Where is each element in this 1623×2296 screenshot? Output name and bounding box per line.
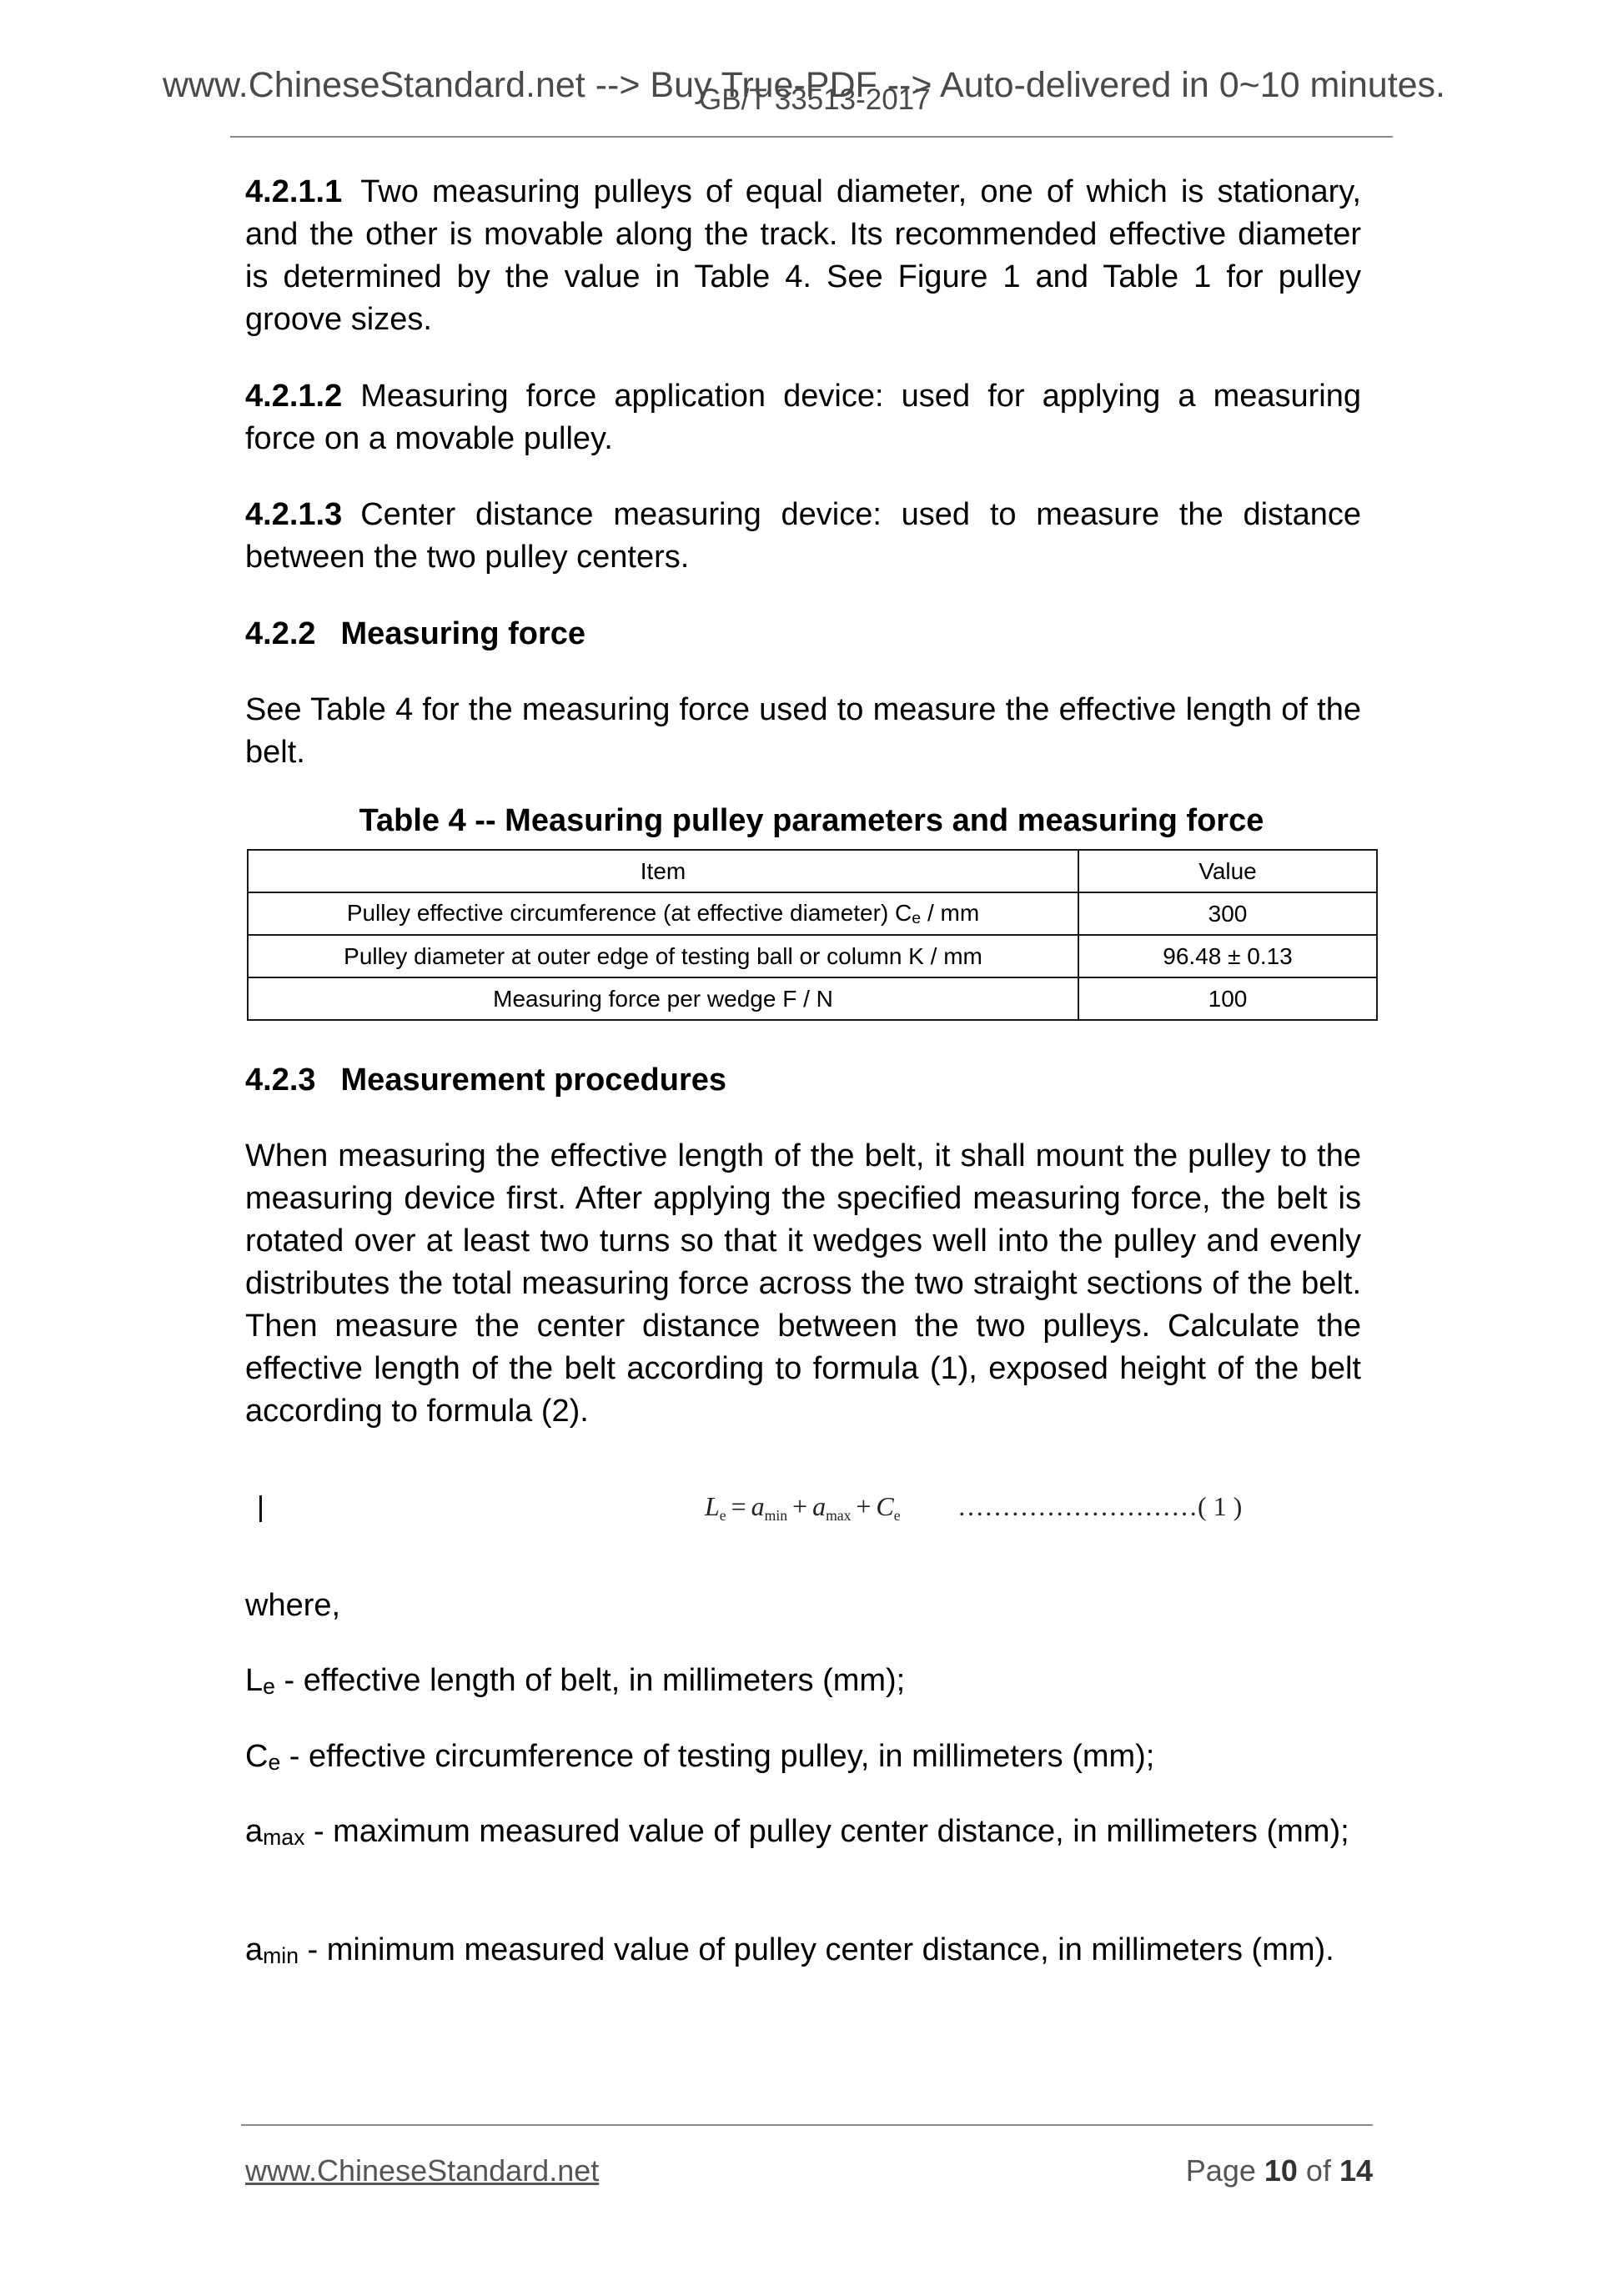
cell-value: 300 [1078,892,1377,935]
clause-4-2-1-2: 4.2.1.2Measuring force application devic… [245,375,1361,460]
cell-value: 100 [1078,977,1377,1020]
table-caption: Table 4 -- Measuring pulley parameters a… [0,803,1623,839]
definition-Le: Le - effective length of belt, in millim… [245,1660,1361,1708]
section-4-2-3-text: When measuring the effective length of t… [245,1135,1361,1433]
clause-4-2-1-3: 4.2.1.3Center distance measuring device:… [245,494,1361,579]
paragraph: See Table 4 for the measuring force used… [245,689,1361,774]
clause-text: Measuring force application device: used… [245,379,1361,456]
definition-amin: amin - minimum measured value of pulley … [245,1929,1361,1977]
table-row: Pulley effective circumference (at effec… [248,892,1377,935]
section-heading-4-2-2: 4.2.2Measuring force [245,613,1361,656]
cell-item: Pulley diameter at outer edge of testing… [248,935,1078,977]
cell-item: Measuring force per wedge F / N [248,977,1078,1020]
header-divider [230,136,1393,138]
where-label: where, [245,1585,1361,1627]
clause-number: 4.2.1.3 [245,497,342,532]
section-title: Measurement procedures [341,1063,727,1098]
footer-website-link[interactable]: www.ChineseStandard.net [245,2153,599,2188]
clause-4-2-1-1: 4.2.1.1Two measuring pulleys of equal di… [245,171,1361,341]
definition-Ce: Ce - effective circumference of testing … [245,1736,1361,1784]
paragraph: When measuring the effective length of t… [245,1135,1361,1433]
column-header-value: Value [1078,850,1377,892]
section-number: 4.2.3 [245,1063,316,1098]
formula-1: Le=amin+amax+Ce [705,1491,901,1525]
clause-number: 4.2.1.2 [245,379,342,414]
table-row: Measuring force per wedge F / N 100 [248,977,1377,1020]
column-header-item: Item [248,850,1078,892]
footer-divider [241,2124,1373,2126]
page-indicator: Page 10 of 14 [1186,2153,1373,2188]
table-4: Item Value Pulley effective circumferenc… [247,849,1378,1021]
section-title: Measuring force [341,616,586,651]
standard-code: GB/T 33513-2017 [699,83,931,117]
table-header-row: Item Value [248,850,1377,892]
cell-value: 96.48 ± 0.13 [1078,935,1377,977]
total-pages: 14 [1339,2153,1373,2188]
clause-text: Center distance measuring device: used t… [245,497,1361,575]
clause-number: 4.2.1.1 [245,174,342,209]
formula-number: ………………………( 1 ) [957,1491,1242,1522]
table-row: Pulley diameter at outer edge of testing… [248,935,1377,977]
section-heading-4-2-3: 4.2.3Measurement procedures [245,1059,1361,1102]
cell-item: Pulley effective circumference (at effec… [248,892,1078,935]
current-page: 10 [1264,2153,1298,2188]
text-cursor-bar [259,1495,262,1522]
section-4-2-2-text: See Table 4 for the measuring force used… [245,689,1361,774]
definition-amax: amax - maximum measured value of pulley … [245,1811,1361,1859]
section-number: 4.2.2 [245,616,316,651]
clause-text: Two measuring pulleys of equal diameter,… [245,174,1361,337]
